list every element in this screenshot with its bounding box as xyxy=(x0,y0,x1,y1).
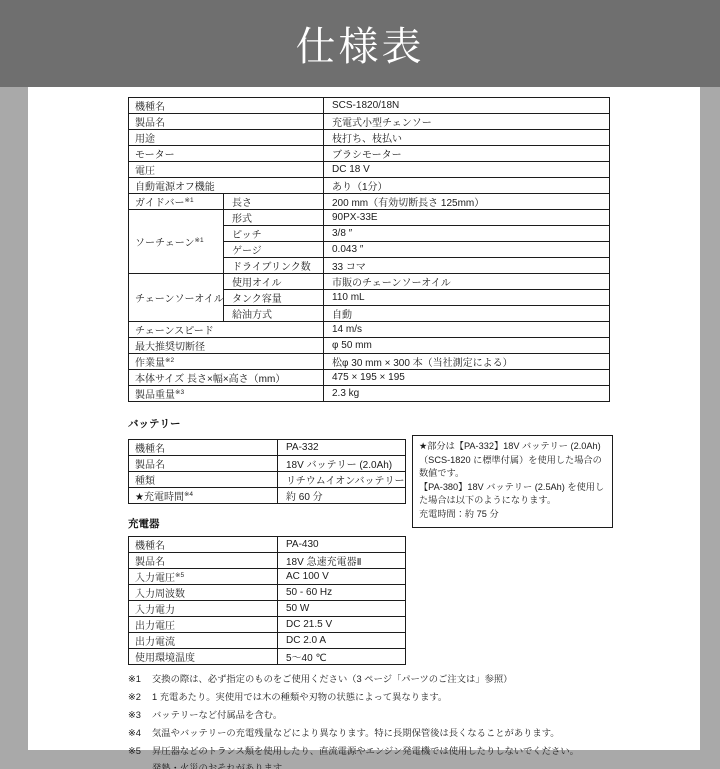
footnote-marker: ※2 xyxy=(128,692,152,703)
footnote-ref: ※3 xyxy=(175,389,184,396)
footnotes: ※1 交換の際は、必ず指定のものをご使用ください（3 ページ「パーツのご注文は」… xyxy=(128,674,700,769)
note-line: 充電時間：約 75 分 xyxy=(419,508,607,522)
content-panel: 機種名 SCS-1820/18N 製品名 充電式小型チェンソー 用途 枝打ち、枝… xyxy=(28,87,700,750)
table-row: 製品名 充電式小型チェンソー xyxy=(129,114,610,130)
table-row: 製品重量※3 2.3 kg xyxy=(129,386,610,402)
spec-value: 33 コマ xyxy=(324,258,610,274)
spec-value: 自動 xyxy=(324,306,610,322)
spec-label: 使用環境温度 xyxy=(129,649,278,665)
spec-sublabel: 形式 xyxy=(224,210,324,226)
footnote: ※3 バッテリーなど付属品を含む。 xyxy=(128,710,700,721)
spec-sublabel: 給油方式 xyxy=(224,306,324,322)
spec-value: φ 50 mm xyxy=(324,338,610,354)
table-row: ソーチェーン※1 形式 90PX-33E xyxy=(129,210,610,226)
spec-label: モーター xyxy=(129,146,324,162)
table-row: 入力電圧※5 AC 100 V xyxy=(129,569,406,585)
table-row: 入力周波数 50 - 60 Hz xyxy=(129,585,406,601)
spec-value: 50 - 60 Hz xyxy=(278,585,406,601)
footnote-marker: ※4 xyxy=(128,728,152,739)
spec-label: ★充電時間※4 xyxy=(129,488,278,504)
spec-value: 0.043 ″ xyxy=(324,242,610,258)
spec-label: ガイドバー※1 xyxy=(129,194,224,210)
footnote-ref: ※5 xyxy=(175,572,184,579)
note-line: ★部分は【PA-332】18V バッテリー (2.0Ah)（SCS-1820 に… xyxy=(419,440,607,481)
spec-value: 市販のチェーンソーオイル xyxy=(324,274,610,290)
table-row: 機種名 SCS-1820/18N xyxy=(129,98,610,114)
spec-label: 製品名 xyxy=(129,114,324,130)
spec-group-label: ソーチェーン※1 xyxy=(129,210,224,274)
footnote-continuation: 発熱・火災のおそれがあります。 xyxy=(152,763,700,769)
spec-value: DC 18 V xyxy=(324,162,610,178)
spec-value: 200 mm（有効切断長さ 125mm） xyxy=(324,194,610,210)
spec-label: 自動電源オフ機能 xyxy=(129,178,324,194)
note-line: 【PA-380】18V バッテリー (2.5Ah) を使用した場合は以下のように… xyxy=(419,481,607,508)
table-row: 機種名 PA-430 xyxy=(129,537,406,553)
footnote-ref: ※1 xyxy=(195,237,204,244)
table-row: 電圧 DC 18 V xyxy=(129,162,610,178)
footnote-text: 交換の際は、必ず指定のものをご使用ください（3 ページ「パーツのご注文は」参照） xyxy=(152,674,700,685)
spec-label: 機種名 xyxy=(129,537,278,553)
table-row: モーター ブラシモーター xyxy=(129,146,610,162)
spec-label: 種類 xyxy=(129,472,278,488)
spec-label: 入力周波数 xyxy=(129,585,278,601)
spec-value: 14 m/s xyxy=(324,322,610,338)
table-row: 自動電源オフ機能 あり（1分） xyxy=(129,178,610,194)
table-row: 種類 リチウムイオンバッテリー xyxy=(129,472,406,488)
spec-value: 2.3 kg xyxy=(324,386,610,402)
spec-value: 475 × 195 × 195 xyxy=(324,370,610,386)
spec-value: SCS-1820/18N xyxy=(324,98,610,114)
battery-section-heading: バッテリー xyxy=(128,416,700,431)
table-row: ガイドバー※1 長さ 200 mm（有効切断長さ 125mm） xyxy=(129,194,610,210)
spec-value: 約 60 分 xyxy=(278,488,406,504)
spec-label: 入力電圧※5 xyxy=(129,569,278,585)
footnote-ref: ※4 xyxy=(184,491,193,498)
spec-value: 18V バッテリー (2.0Ah) xyxy=(278,456,406,472)
battery-table: 機種名 PA-332 製品名 18V バッテリー (2.0Ah) 種類 リチウム… xyxy=(128,439,406,504)
spec-sublabel: タンク容量 xyxy=(224,290,324,306)
spec-label: 製品名 xyxy=(129,456,278,472)
spec-value: リチウムイオンバッテリー xyxy=(278,472,406,488)
table-row: 出力電圧 DC 21.5 V xyxy=(129,617,406,633)
table-row: チェーンスピード 14 m/s xyxy=(129,322,610,338)
footnote-marker: ※3 xyxy=(128,710,152,721)
spec-value: 50 W xyxy=(278,601,406,617)
table-row: 最大推奨切断径 φ 50 mm xyxy=(129,338,610,354)
spec-sublabel: 使用オイル xyxy=(224,274,324,290)
table-row: 用途 枝打ち、枝払い xyxy=(129,130,610,146)
footnote: ※2 1 充電あたり。実使用では木の種類や刃物の状態によって異なります。 xyxy=(128,692,700,703)
spec-value: 3/8 ″ xyxy=(324,226,610,242)
footnote: ※5 昇圧器などのトランス類を使用したり、直流電源やエンジン発電機では使用したり… xyxy=(128,746,700,769)
footnote-ref: ※1 xyxy=(185,197,194,204)
spec-label: 作業量※2 xyxy=(129,354,324,370)
spec-value: 90PX-33E xyxy=(324,210,610,226)
footnote-text: 気温やバッテリーの充電残量などにより異なります。特に長期保管後は長くなることがあ… xyxy=(152,728,700,739)
charger-table: 機種名 PA-430 製品名 18V 急速充電器Ⅱ 入力電圧※5 AC 100 … xyxy=(128,536,406,665)
spec-sublabel: ピッチ xyxy=(224,226,324,242)
spec-label: 機種名 xyxy=(129,98,324,114)
spec-value: あり（1分） xyxy=(324,178,610,194)
table-row: 製品名 18V 急速充電器Ⅱ xyxy=(129,553,406,569)
spec-value: PA-332 xyxy=(278,440,406,456)
spec-sublabel: 長さ xyxy=(224,194,324,210)
table-row: ★充電時間※4 約 60 分 xyxy=(129,488,406,504)
spec-value: 110 mL xyxy=(324,290,610,306)
footnote-marker: ※1 xyxy=(128,674,152,685)
spec-label: 出力電圧 xyxy=(129,617,278,633)
spec-value: DC 21.5 V xyxy=(278,617,406,633)
spec-label: 入力電力 xyxy=(129,601,278,617)
page-header: 仕様表 xyxy=(0,0,720,87)
footnote-text: 昇圧器などのトランス類を使用したり、直流電源やエンジン発電機では使用したりしない… xyxy=(152,746,700,769)
table-row: 機種名 PA-332 xyxy=(129,440,406,456)
spec-sublabel: ドライブリンク数 xyxy=(224,258,324,274)
spec-label: 用途 xyxy=(129,130,324,146)
spec-value: DC 2.0 A xyxy=(278,633,406,649)
spec-label: チェーンスピード xyxy=(129,322,324,338)
footnote: ※1 交換の際は、必ず指定のものをご使用ください（3 ページ「パーツのご注文は」… xyxy=(128,674,700,685)
table-row: 使用環境温度 5～40 ℃ xyxy=(129,649,406,665)
footnote: ※4 気温やバッテリーの充電残量などにより異なります。特に長期保管後は長くなるこ… xyxy=(128,728,700,739)
spec-value: 松φ 30 mm × 300 本（当社測定による） xyxy=(324,354,610,370)
spec-value: PA-430 xyxy=(278,537,406,553)
spec-sublabel: ゲージ xyxy=(224,242,324,258)
spec-value: ブラシモーター xyxy=(324,146,610,162)
page: { "page": { "title": "仕様表" }, "colors": … xyxy=(0,0,720,769)
spec-label: 本体サイズ 長さ×幅×高さ（mm） xyxy=(129,370,324,386)
table-row: 出力電流 DC 2.0 A xyxy=(129,633,406,649)
footnote-marker: ※5 xyxy=(128,746,152,769)
spec-value: 枝打ち、枝払い xyxy=(324,130,610,146)
table-row: 本体サイズ 長さ×幅×高さ（mm） 475 × 195 × 195 xyxy=(129,370,610,386)
battery-note-box: ★部分は【PA-332】18V バッテリー (2.0Ah)（SCS-1820 に… xyxy=(412,435,613,528)
page-title: 仕様表 xyxy=(296,15,425,72)
spec-label: 電圧 xyxy=(129,162,324,178)
table-row: 製品名 18V バッテリー (2.0Ah) xyxy=(129,456,406,472)
table-row: 作業量※2 松φ 30 mm × 300 本（当社測定による） xyxy=(129,354,610,370)
spec-table: 機種名 SCS-1820/18N 製品名 充電式小型チェンソー 用途 枝打ち、枝… xyxy=(128,97,610,402)
table-row: 入力電力 50 W xyxy=(129,601,406,617)
table-row: チェーンソーオイル 使用オイル 市販のチェーンソーオイル xyxy=(129,274,610,290)
footnote-text: バッテリーなど付属品を含む。 xyxy=(152,710,700,721)
spec-value: 5～40 ℃ xyxy=(278,649,406,665)
spec-value: 18V 急速充電器Ⅱ xyxy=(278,553,406,569)
spec-value: 充電式小型チェンソー xyxy=(324,114,610,130)
spec-label: 機種名 xyxy=(129,440,278,456)
spec-label: 最大推奨切断径 xyxy=(129,338,324,354)
spec-label: 製品重量※3 xyxy=(129,386,324,402)
spec-label: 出力電流 xyxy=(129,633,278,649)
footnote-text: 1 充電あたり。実使用では木の種類や刃物の状態によって異なります。 xyxy=(152,692,700,703)
footnote-ref: ※2 xyxy=(165,357,174,364)
spec-label: 製品名 xyxy=(129,553,278,569)
spec-group-label: チェーンソーオイル xyxy=(129,274,224,322)
spec-value: AC 100 V xyxy=(278,569,406,585)
